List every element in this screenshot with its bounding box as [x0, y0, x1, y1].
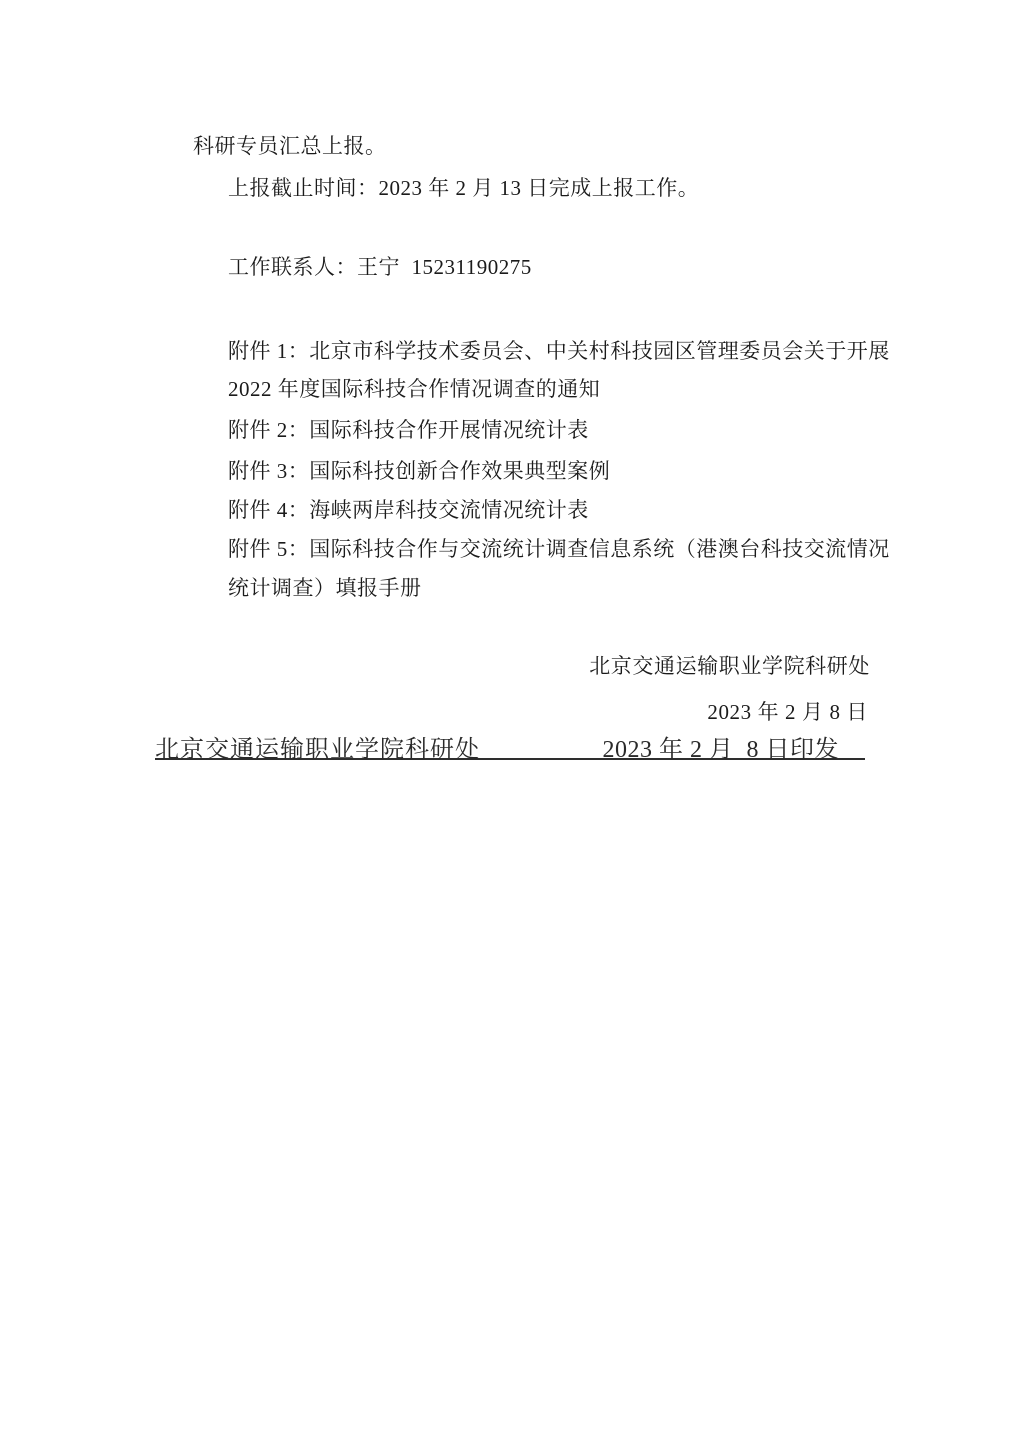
attachment-5-line-2: 统计调查）填报手册	[228, 576, 422, 600]
attachment-5-line-1: 附件 5：国际科技合作与交流统计调查信息系统（港澳台科技交流情况	[228, 537, 890, 561]
attachment-3-line: 附件 3：国际科技创新合作效果典型案例	[228, 459, 610, 483]
colophon-print-date: 2023 年 2 月 8 日印发	[603, 729, 840, 764]
deadline-line: 上报截止时间：2023 年 2 月 13 日完成上报工作。	[228, 176, 699, 200]
attachment-2-line: 附件 2：国际科技合作开展情况统计表	[228, 418, 589, 442]
signature-org: 北京交通运输职业学院科研处	[589, 654, 870, 678]
colophon-issuer: 北京交通运输职业学院科研处	[155, 729, 480, 764]
attachment-4-line: 附件 4：海峡两岸科技交流情况统计表	[228, 498, 589, 522]
attachment-1-line-2: 2022 年度国际科技合作情况调查的通知	[228, 377, 600, 401]
paragraph-continuation-line: 科研专员汇总上报。	[193, 134, 387, 158]
document-page: 科研专员汇总上报。 上报截止时间：2023 年 2 月 13 日完成上报工作。 …	[0, 0, 1024, 1448]
attachment-1-line-1: 附件 1：北京市科学技术委员会、中关村科技园区管理委员会关于开展	[228, 339, 890, 363]
colophon-bar: 北京交通运输职业学院科研处 2023 年 2 月 8 日印发	[155, 729, 865, 760]
signature-date: 2023 年 2 月 8 日	[707, 700, 868, 724]
contact-line: 工作联系人：王宁 15231190275	[228, 255, 532, 279]
